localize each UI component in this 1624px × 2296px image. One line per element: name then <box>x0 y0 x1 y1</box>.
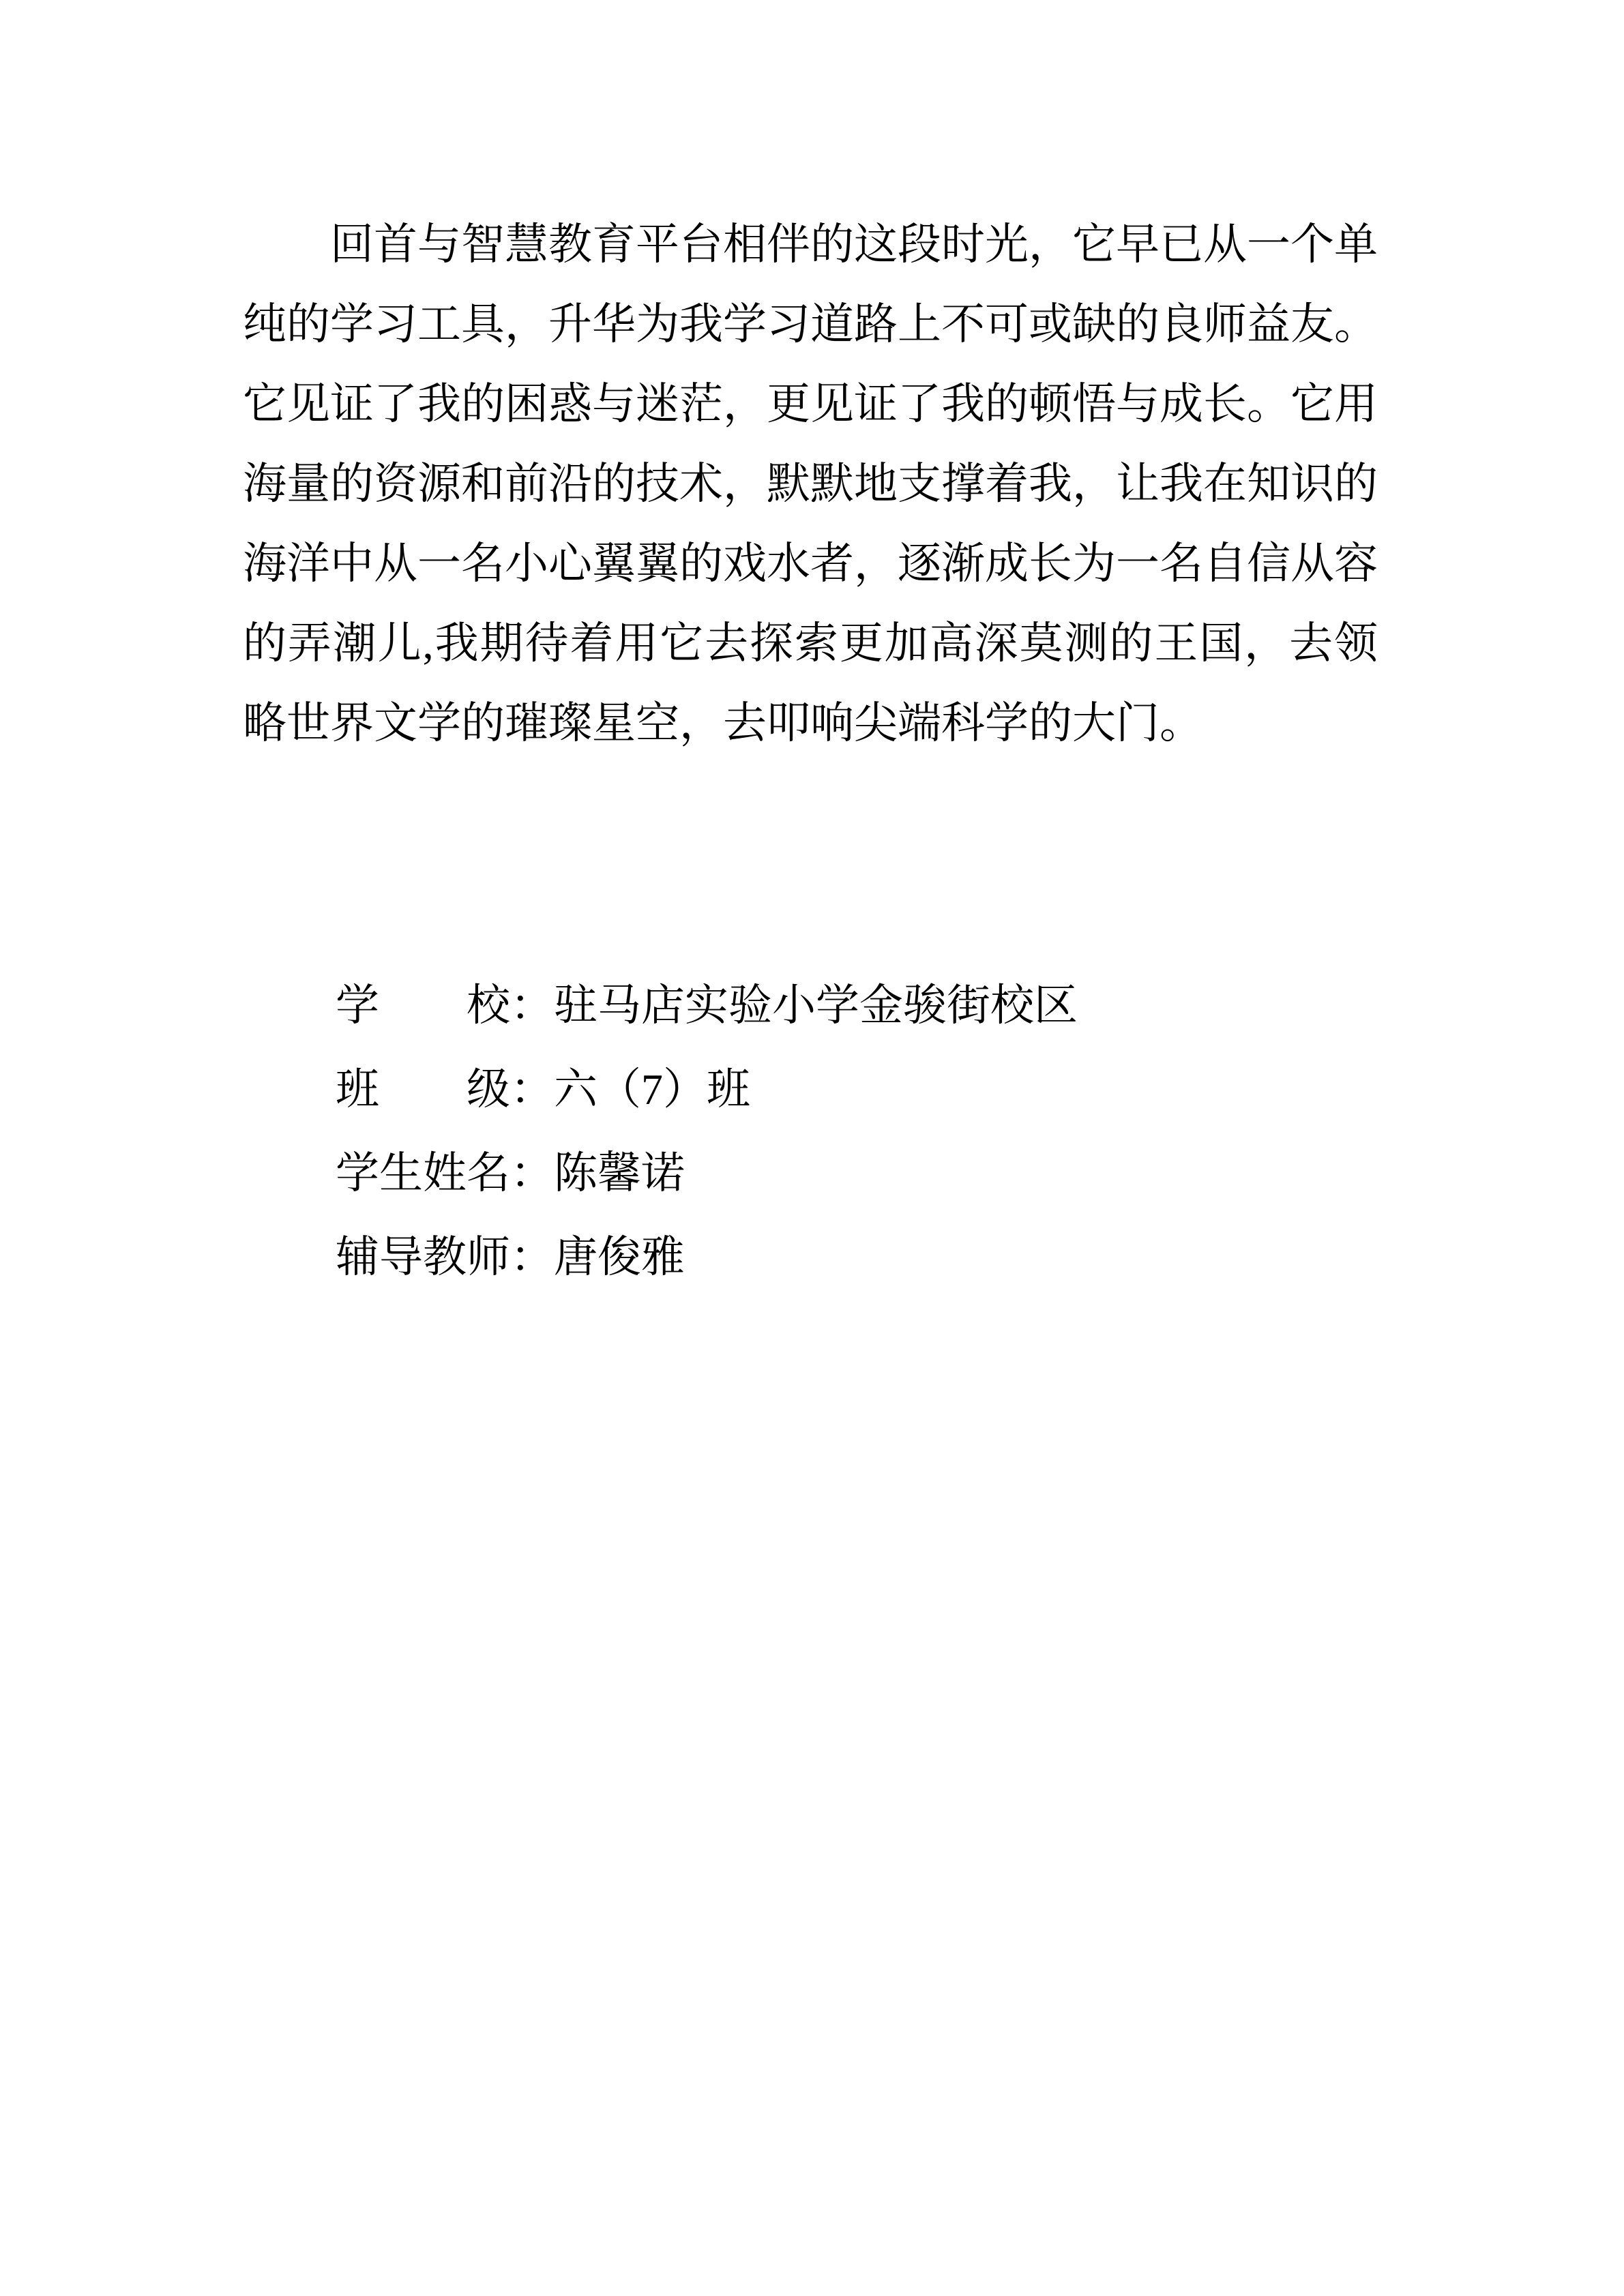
essay-line-5: 海洋中从一名小心翼翼的戏水者，逐渐成长为一名自信从容 <box>243 524 1378 603</box>
signature-row-class: 班 级：六（7）班 <box>336 1047 1078 1131</box>
essay-line-6: 的弄潮儿,我期待着用它去探索更加高深莫测的王国，去领 <box>243 603 1378 683</box>
essay-line-1: 回首与智慧教育平台相伴的这段时光，它早已从一个单 <box>243 205 1378 284</box>
teacher-label: 辅导教师： <box>336 1233 554 1281</box>
class-label: 班 级： <box>336 1065 554 1114</box>
essay-paragraph: 回首与智慧教育平台相伴的这段时光，它早已从一个单 纯的学习工具，升华为我学习道路… <box>243 205 1378 763</box>
student-name-label: 学生姓名： <box>336 1149 554 1197</box>
school-label: 学 校： <box>336 981 554 1030</box>
document-page: 回首与智慧教育平台相伴的这段时光，它早已从一个单 纯的学习工具，升华为我学习道路… <box>0 0 1624 2296</box>
teacher-value: 唐俊雅 <box>554 1233 685 1281</box>
essay-line-2: 纯的学习工具，升华为我学习道路上不可或缺的良师益友。 <box>243 284 1378 364</box>
school-value: 驻马店实验小学金骏街校区 <box>554 981 1078 1030</box>
essay-line-4: 海量的资源和前沿的技术，默默地支撑着我，让我在知识的 <box>243 444 1378 524</box>
signature-row-teacher: 辅导教师：唐俊雅 <box>336 1215 1078 1299</box>
student-name-value: 陈馨诺 <box>554 1149 685 1197</box>
signature-row-student: 学生姓名：陈馨诺 <box>336 1131 1078 1215</box>
essay-line-3: 它见证了我的困惑与迷茫，更见证了我的顿悟与成长。它用 <box>243 364 1378 444</box>
class-value: 六（7）班 <box>554 1065 750 1114</box>
essay-line-7: 略世界文学的璀璨星空，去叩响尖端科学的大门。 <box>243 683 1378 763</box>
signature-block: 学 校：驻马店实验小学金骏街校区 班 级：六（7）班 学生姓名：陈馨诺 辅导教师… <box>336 964 1078 1299</box>
signature-row-school: 学 校：驻马店实验小学金骏街校区 <box>336 964 1078 1047</box>
